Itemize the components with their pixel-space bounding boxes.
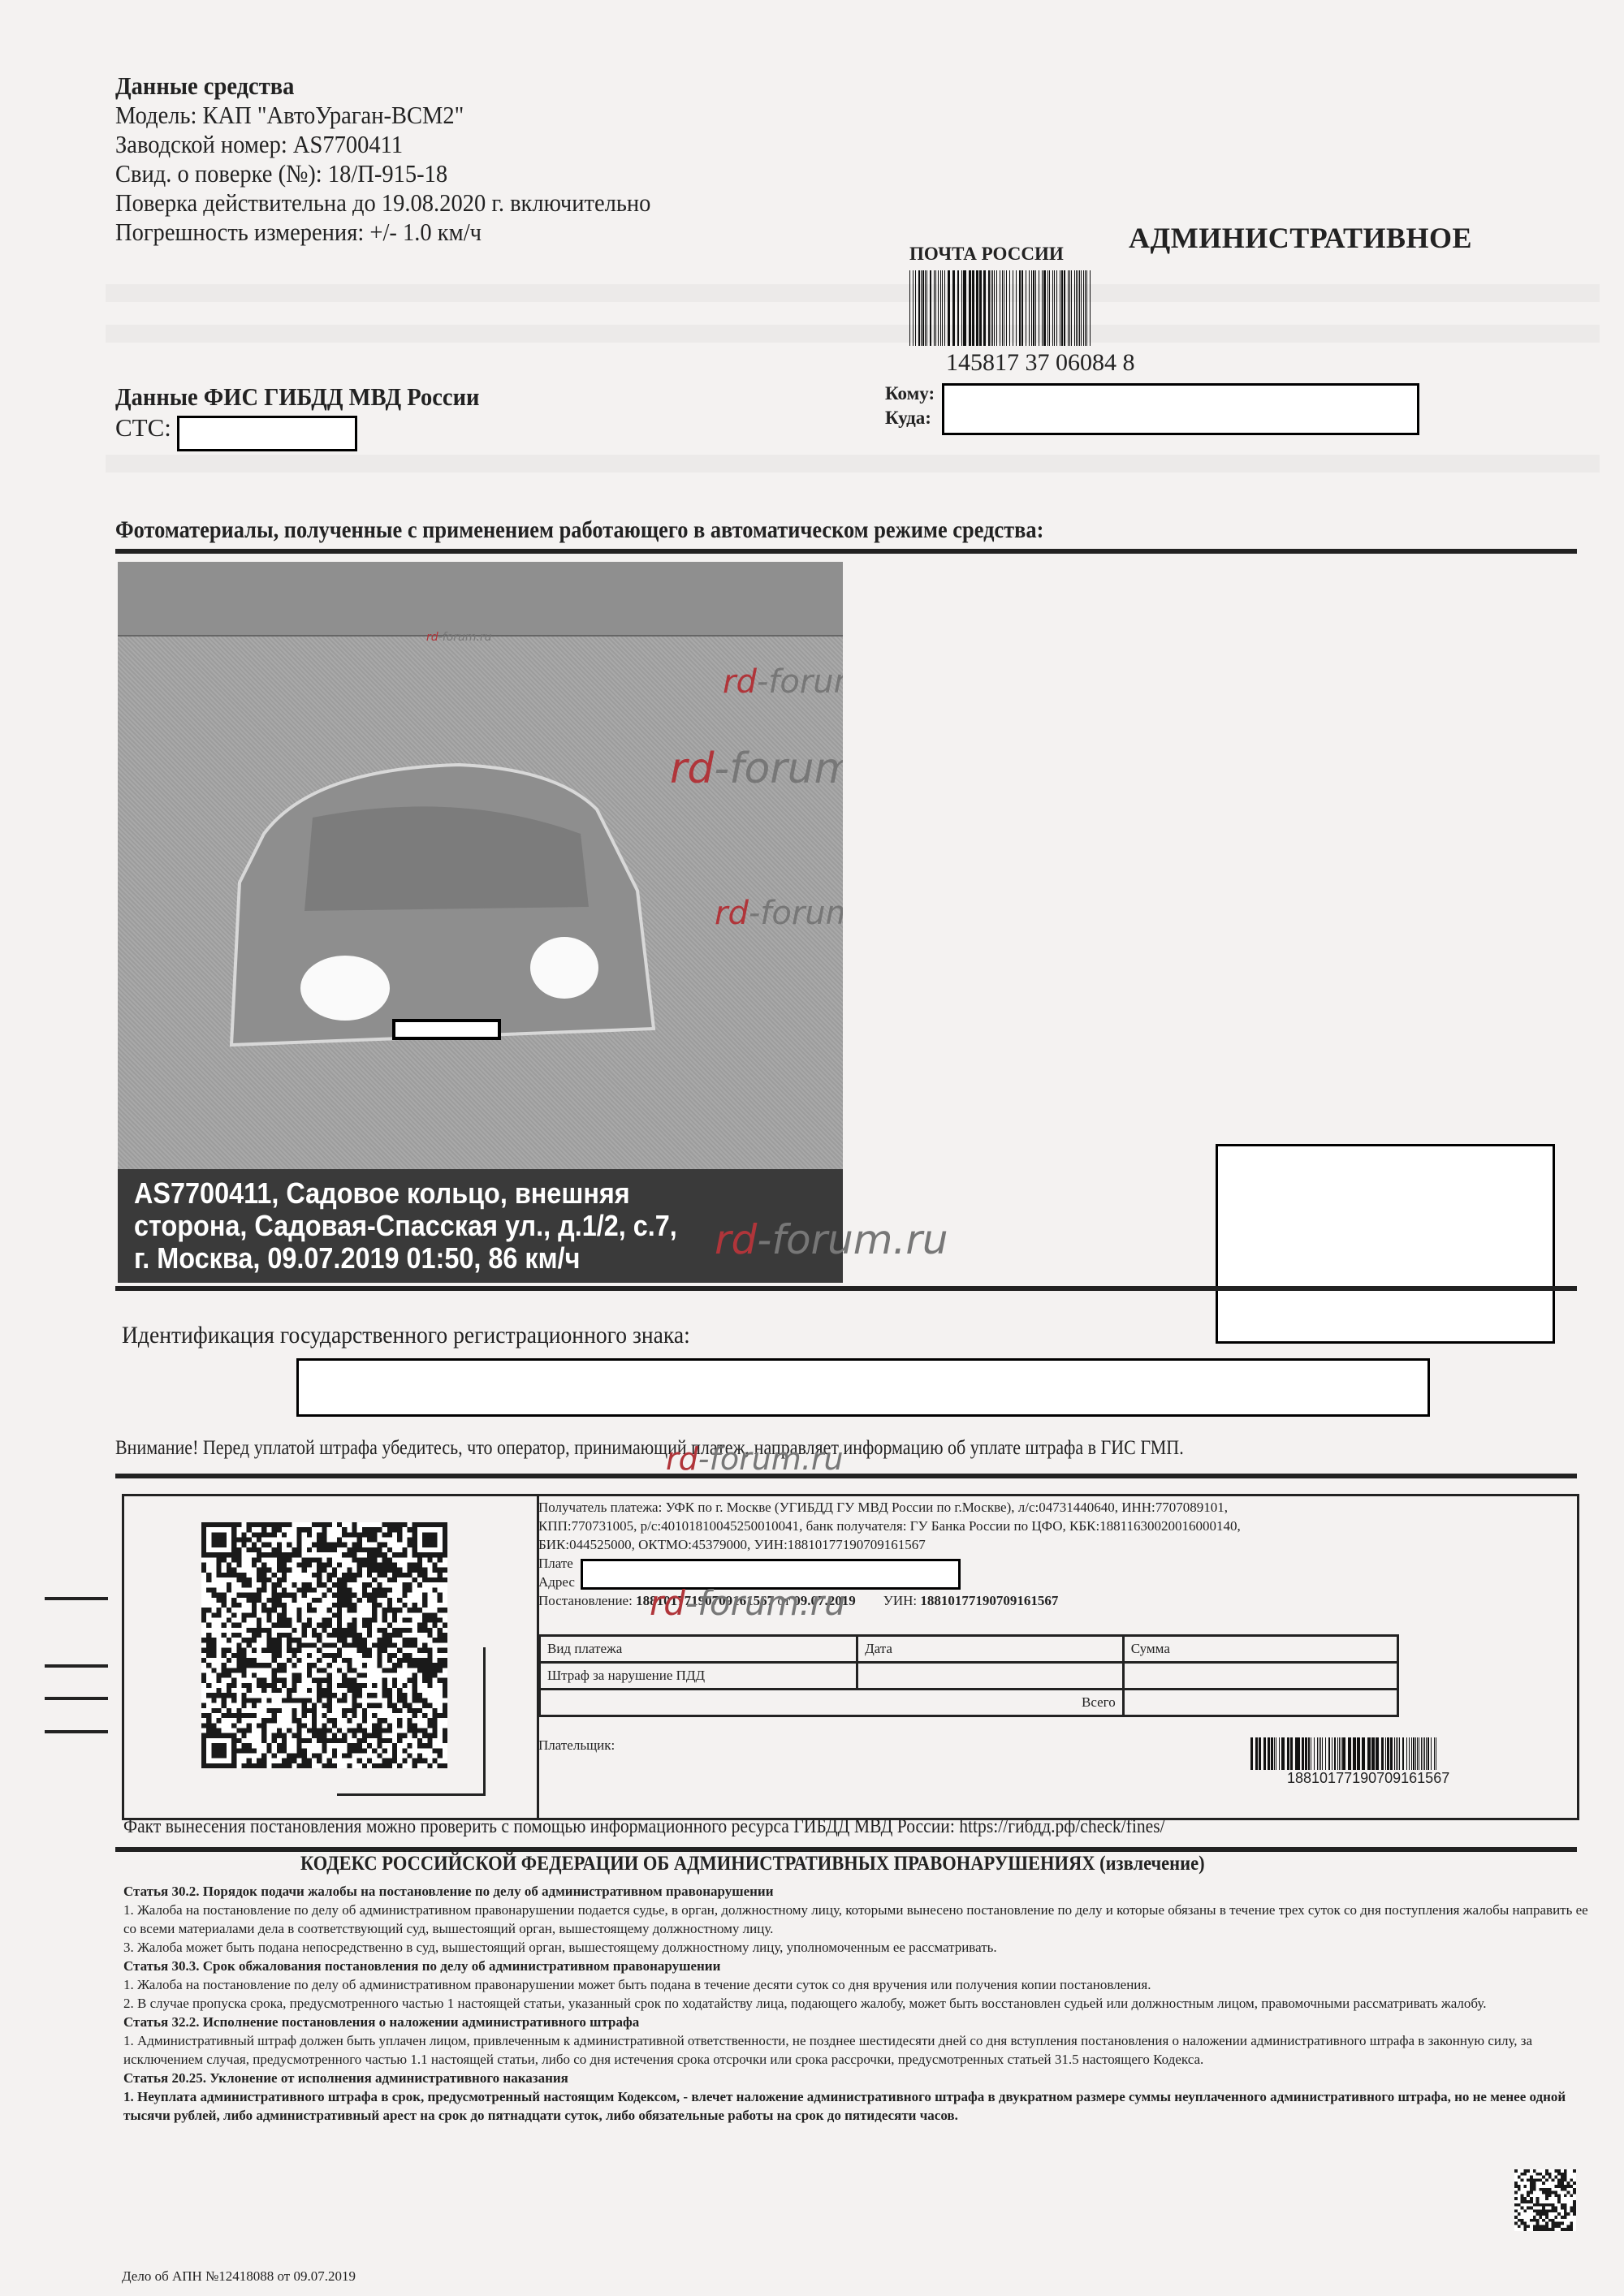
- device-valid-until: Поверка действительна до 19.08.2020 г. в…: [115, 188, 650, 218]
- cell-amount: [1123, 1663, 1397, 1690]
- device-accuracy: Погрешность измерения: +/- 1.0 км/ч: [115, 218, 650, 247]
- header-amount: Сумма: [1123, 1636, 1397, 1663]
- tracking-number: 145817 37 06084 8: [946, 349, 1135, 377]
- bleed-through: [106, 325, 1600, 343]
- article-paragraph: 1. Административный штраф должен быть уп…: [123, 2031, 1593, 2069]
- bleed-through: [106, 284, 1600, 302]
- table-header-row: Вид платежа Дата Сумма: [540, 1636, 1398, 1663]
- plate-identification-label: Идентификация государственного регистрац…: [122, 1322, 690, 1349]
- watermark: rd-forum.ru: [426, 631, 492, 644]
- where-label: Куда:: [885, 406, 935, 430]
- law-title: КОДЕКС РОССИЙСКОЙ ФЕДЕРАЦИИ ОБ АДМИНИСТР…: [300, 1853, 1205, 1875]
- recipient-line: БИК:044525000, ОКТМО:45379000, УИН:18810…: [538, 1535, 1241, 1554]
- margin-tick: [45, 1697, 108, 1700]
- article-paragraph: 2. В случае пропуска срока, предусмотрен…: [123, 1994, 1593, 2013]
- article-paragraph: 1. Неуплата административного штрафа в с…: [123, 2087, 1593, 2125]
- article-title: Статья 30.2. Порядок подачи жалобы на по…: [123, 1882, 1593, 1901]
- margin-tick: [45, 1664, 108, 1668]
- watermark: rd-forum.ru: [715, 1216, 948, 1263]
- caption-line: AS7700411, Садовое кольцо, внешняя: [134, 1177, 758, 1210]
- caption-line: сторона, Садовая-Спасская ул., д.1/2, с.…: [134, 1210, 758, 1242]
- decree-row: Постановление: 18810177190709161567 от 0…: [538, 1591, 1241, 1610]
- case-number: Дело об АПН №12418088 от 09.07.2019: [122, 2268, 356, 2285]
- datamatrix-code: [1514, 2169, 1576, 2231]
- tracking-barcode: [909, 270, 1285, 346]
- watermark: rd-forum.ru: [670, 744, 843, 793]
- device-model: Модель: КАП "АвтоУраган-ВСМ2": [115, 101, 650, 130]
- recipient-line: Получатель платежа: УФК по г. Москве (УГ…: [538, 1498, 1241, 1517]
- uin-barcode-number: 18810177190709161567: [1287, 1770, 1449, 1787]
- caption-line: г. Москва, 09.07.2019 01:50, 86 км/ч: [134, 1242, 758, 1275]
- divider: [115, 549, 1577, 554]
- article-paragraph: 1. Жалоба на постановление по делу об ад…: [123, 1901, 1593, 1938]
- payer-signature-label: Плательщик:: [538, 1737, 615, 1754]
- letter-type-title: АДМИНИСТРАТИВНОЕ: [1129, 221, 1472, 255]
- payment-warning: Внимание! Перед уплатой штрафа убедитесь…: [115, 1437, 1184, 1460]
- total-value: [1123, 1690, 1397, 1716]
- header-payment-type: Вид платежа: [540, 1636, 857, 1663]
- recipient-details: Получатель платежа: УФК по г. Москве (УГ…: [538, 1498, 1241, 1610]
- device-certificate: Свид. о поверке (№): 18/П-915-18: [115, 159, 650, 188]
- watermark: rd-forum.ru: [650, 1583, 846, 1623]
- redacted-plate: [296, 1358, 1430, 1417]
- article-title: Статья 30.3. Срок обжалования постановле…: [123, 1957, 1593, 1975]
- cell-date: [857, 1663, 1124, 1690]
- photo-heading: Фотоматериалы, полученные с применением …: [115, 516, 1043, 544]
- uin-barcode: [1250, 1737, 1594, 1770]
- divider: [115, 1286, 1577, 1291]
- device-serial: Заводской номер: AS7700411: [115, 130, 650, 159]
- total-label: Всего: [540, 1690, 1124, 1716]
- redacted-sts: [177, 416, 357, 451]
- fis-heading: Данные ФИС ГИБДД МВД России: [115, 382, 479, 412]
- divider: [115, 1847, 1577, 1852]
- watermark: rd-forum.ru: [666, 1441, 844, 1477]
- payment-table: Вид платежа Дата Сумма Штраф за нарушени…: [538, 1634, 1399, 1717]
- watermark: rd-forum.ru: [715, 895, 843, 932]
- recipient-line: КПП:770731005, р/с:40101810045250010041,…: [538, 1517, 1241, 1535]
- margin-tick: [45, 1597, 108, 1600]
- car-image: [215, 720, 670, 1077]
- margin-tick: [45, 1730, 108, 1733]
- redacted-plate-image: [1216, 1144, 1555, 1344]
- recipient-labels: Кому: Куда:: [885, 382, 935, 430]
- cell-payment-type: Штраф за нарушение ПДД: [540, 1663, 857, 1690]
- table-total-row: Всего: [540, 1690, 1398, 1716]
- watermark: rd-forum.ru: [723, 663, 843, 701]
- device-heading: Данные средства: [115, 71, 650, 101]
- divider: [115, 1474, 1577, 1478]
- article-title: Статья 32.2. Исполнение постановления о …: [123, 2013, 1593, 2031]
- article-paragraph: 3. Жалоба может быть подана непосредстве…: [123, 1938, 1593, 1957]
- device-data: Данные средства Модель: КАП "АвтоУраган-…: [115, 71, 698, 247]
- check-notice: Факт вынесения постановления можно прове…: [123, 1816, 1165, 1838]
- sts-label: СТС:: [115, 413, 171, 442]
- article-title: Статья 20.25. Уклонение от исполнения ад…: [123, 2069, 1593, 2087]
- uin: 18810177190709161567: [920, 1593, 1058, 1608]
- article-paragraph: 1. Жалоба на постановление по делу об ад…: [123, 1975, 1593, 1994]
- qr-cell: [124, 1496, 539, 1818]
- table-row: Штраф за нарушение ПДД: [540, 1663, 1398, 1690]
- post-label: ПОЧТА РОССИИ: [909, 244, 1064, 265]
- law-extract: Статья 30.2. Порядок подачи жалобы на по…: [123, 1882, 1593, 2125]
- header-date: Дата: [857, 1636, 1124, 1663]
- redacted-recipient: [942, 383, 1419, 435]
- bleed-through: [106, 455, 1600, 473]
- to-label: Кому:: [885, 382, 935, 406]
